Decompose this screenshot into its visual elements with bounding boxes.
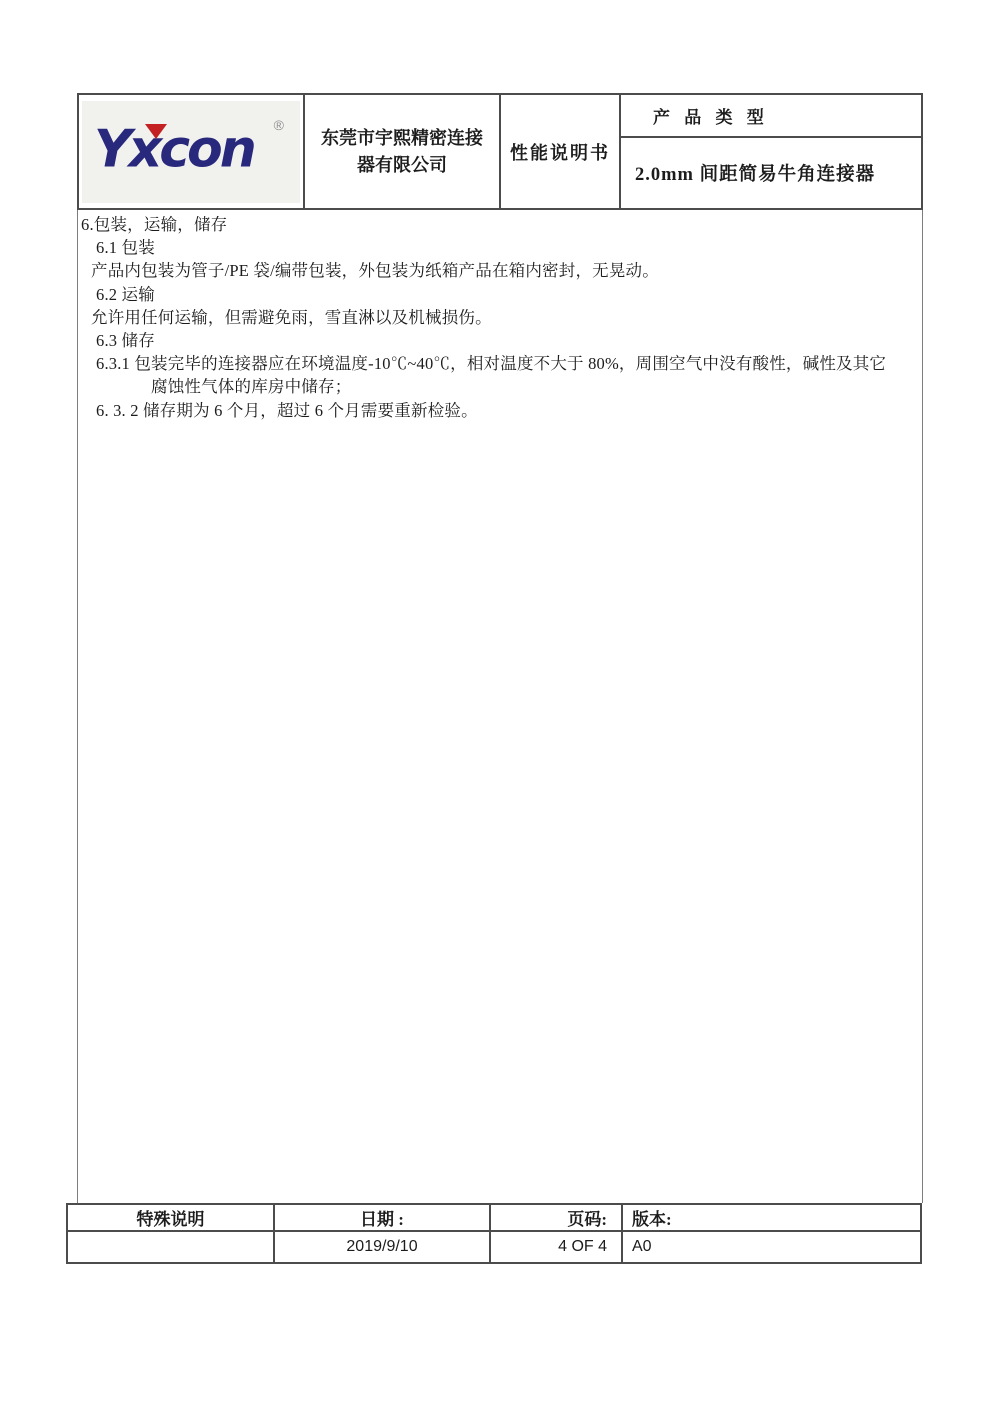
body-line-6-2-text: 允许用任何运输，但需避免雨，雪直淋以及机械损伤。 (91, 306, 922, 329)
body-line-section-6: 6.包装，运输，储存 (81, 213, 922, 236)
footer-label-page: 页码: (491, 1205, 623, 1230)
footer-value-version: A0 (623, 1232, 920, 1262)
footer-table: 特殊说明 日期 : 页码: 版本: 2019/9/10 4 OF 4 A0 (66, 1203, 922, 1264)
logo-wordmark: Yxcon (94, 120, 254, 180)
body-line-6-3-1-cont: 腐蚀性气体的库房中储存； (151, 375, 922, 398)
footer-value-date: 2019/9/10 (275, 1232, 491, 1262)
body-line-6-1-text: 产品内包装为管子/PE 袋/编带包装，外包装为纸箱产品在箱内密封，无晃动。 (91, 259, 922, 282)
footer-label-version: 版本: (623, 1205, 920, 1230)
body-line-6-3-2-text: 6. 3. 2 储存期为 6 个月，超过 6 个月需要重新检验。 (96, 399, 922, 422)
doc-type-title: 性能说明书 (510, 139, 610, 165)
footer-label-special-notes: 特殊说明 (68, 1205, 275, 1230)
company-name-line2: 器有限公司 (357, 152, 447, 179)
logo-red-triangle-icon (145, 124, 167, 139)
company-logo: Yxcon ® (82, 101, 300, 203)
body-line-6-3-heading: 6.3 储存 (96, 329, 922, 352)
footer-label-date: 日期 : (275, 1205, 491, 1230)
body-line-6-1-heading: 6.1 包装 (96, 236, 922, 259)
body-line-6-2-heading: 6.2 运输 (96, 283, 922, 306)
product-type-cell: 产 品 类 型 2.0mm 间距简易牛角连接器 (621, 95, 921, 208)
footer-value-row: 2019/9/10 4 OF 4 A0 (68, 1232, 920, 1262)
registered-trademark-icon: ® (274, 117, 284, 133)
document-body: 6.包装，运输，储存 6.1 包装 产品内包装为管子/PE 袋/编带包装，外包装… (77, 210, 923, 1203)
company-name-line1: 东莞市宇熙精密连接 (321, 125, 483, 152)
logo-cell: Yxcon ® (79, 95, 305, 208)
footer-label-row: 特殊说明 日期 : 页码: 版本: (68, 1205, 920, 1232)
product-type-label: 产 品 类 型 (621, 95, 921, 138)
footer-value-special-notes (68, 1232, 275, 1262)
footer-value-page: 4 OF 4 (491, 1232, 623, 1262)
header-table: Yxcon ® 东莞市宇熙精密连接 器有限公司 性能说明书 产 品 类 型 2.… (77, 93, 923, 210)
document-page: Yxcon ® 东莞市宇熙精密连接 器有限公司 性能说明书 产 品 类 型 2.… (0, 0, 1000, 1414)
doc-type-cell: 性能说明书 (501, 95, 621, 208)
product-type-value: 2.0mm 间距简易牛角连接器 (621, 138, 921, 208)
body-line-6-3-1-text: 6.3.1 包装完毕的连接器应在环境温度-10℃~40℃，相对温度不大于 80%… (96, 352, 922, 375)
company-name-cell: 东莞市宇熙精密连接 器有限公司 (305, 95, 501, 208)
